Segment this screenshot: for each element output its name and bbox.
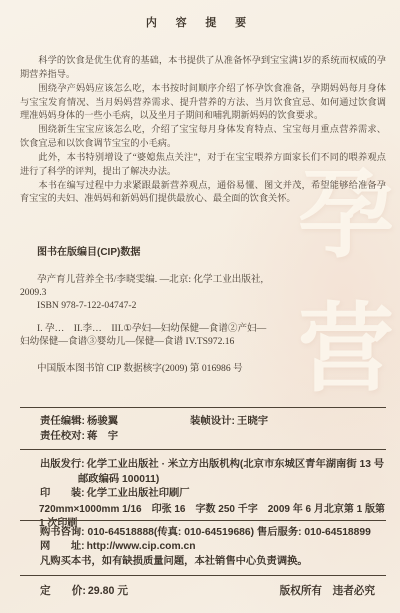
divider-rule-2 bbox=[20, 449, 386, 450]
cip-class-line-2: 妇幼保健—食谱③婴幼儿—保健—食谱 IV.TS972.16 bbox=[20, 335, 386, 348]
cip-entry-line-2: 2009.3 bbox=[20, 286, 386, 299]
proofreader-label: 责任校对: bbox=[40, 431, 85, 442]
designer-name: 王晓宇 bbox=[237, 416, 268, 427]
price-label: 定 价: bbox=[40, 585, 86, 597]
price-row: 定 价: 29.80 元 bbox=[40, 583, 128, 598]
summary-section: 科学的饮食是优生优育的基础，本书提供了从准备怀孕到宝宝满1岁的系统而权威的孕期营… bbox=[20, 54, 386, 206]
summary-paragraph-4: 此外，本书特别增设了“婆媳焦点关注”，对于在宝宝喂养方面家长们不同的喂养观点进行… bbox=[20, 151, 386, 179]
summary-paragraph-2: 围绕孕产妈妈应该怎么吃，本书按时间顺序介绍了怀孕饮食准备，孕期妈妈每月身体与宝宝… bbox=[20, 82, 386, 124]
credits-section: 责任编辑: 杨骏翼 装帧设计: 王晓宇 责任校对: 蒋 宇 bbox=[40, 415, 386, 444]
publisher-line1: 化学工业出版社 · 米立方出版机构(北京市东城区青年湖南街 13 号 bbox=[87, 459, 384, 470]
editor-name: 杨骏翼 bbox=[87, 416, 118, 427]
publisher-label: 出版发行: bbox=[40, 459, 85, 470]
website-label: 网 址: bbox=[40, 541, 85, 552]
website-row: 网 址: http://www.cip.com.cn bbox=[40, 540, 388, 554]
cip-heading: 图书在版编目(CIP)数据 bbox=[20, 246, 386, 259]
copyright-notice: 版权所有 违者必究 bbox=[280, 583, 375, 598]
editor-credit: 责任编辑: 杨骏翼 bbox=[40, 415, 190, 430]
proofreader-name: 蒋 宇 bbox=[87, 431, 118, 442]
website-url: http://www.cip.com.cn bbox=[87, 541, 196, 552]
printing-value: 化学工业出版社印刷厂 bbox=[87, 488, 190, 499]
printing-row: 印 装: 化学工业出版社印刷厂 bbox=[20, 487, 388, 502]
printing-label: 印 装: bbox=[40, 488, 85, 499]
editor-label: 责任编辑: bbox=[40, 416, 85, 427]
designer-label: 装帧设计: bbox=[190, 416, 235, 427]
designer-credit: 装帧设计: 王晓宇 bbox=[190, 415, 268, 430]
divider-rule-4 bbox=[20, 575, 386, 576]
purchase-hotline: 购书咨询: 010-64518888(传真: 010-64519686) 售后服… bbox=[40, 526, 388, 540]
summary-paragraph-1: 科学的饮食是优生优育的基础，本书提供了从准备怀孕到宝宝满1岁的系统而权威的孕期营… bbox=[20, 54, 386, 82]
book-copyright-page: 孕 营 内 容 提 要 科学的饮食是优生优育的基础，本书提供了从准备怀孕到宝宝满… bbox=[0, 0, 400, 613]
publisher-row: 出版发行: 化学工业出版社 · 米立方出版机构(北京市东城区青年湖南街 13 号 bbox=[20, 458, 388, 473]
proofreader-credit: 责任校对: 蒋 宇 bbox=[40, 430, 118, 445]
exchange-notice: 凡购买本书，如有缺损质量问题，本社销售中心负责调换。 bbox=[40, 555, 388, 569]
cip-section: 图书在版编目(CIP)数据 孕产育儿营养全书/李晓雯编. —北京: 化学工业出版… bbox=[20, 246, 386, 375]
publisher-postcode: 邮政编码 100011) bbox=[78, 473, 388, 488]
cip-class-line-1: I. 孕… II.李… III.①孕妇—妇幼保健—食谱②产妇— bbox=[20, 322, 386, 335]
summary-paragraph-3: 围绕新生宝宝应该怎么吃，介绍了宝宝每月身体发育特点、宝宝每月重点营养需求、饮食宜… bbox=[20, 123, 386, 151]
isbn-line: ISBN 978-7-122-04747-2 bbox=[20, 299, 386, 312]
credits-row-2: 责任校对: 蒋 宇 bbox=[40, 430, 386, 445]
credits-row-1: 责任编辑: 杨骏翼 装帧设计: 王晓宇 bbox=[40, 415, 386, 430]
divider-rule-3 bbox=[20, 520, 386, 521]
footer-section: 定 价: 29.80 元 版权所有 违者必究 bbox=[40, 583, 375, 598]
contact-section: 购书咨询: 010-64518888(传真: 010-64519686) 售后服… bbox=[40, 526, 388, 569]
summary-paragraph-5: 本书在编写过程中力求紧跟最新营养观点，通俗易懂、图文并茂，希望能够给准备孕育宝宝… bbox=[20, 179, 386, 207]
page-title: 内 容 提 要 bbox=[0, 14, 400, 30]
divider-rule-1 bbox=[20, 407, 386, 408]
cip-entry-line-1: 孕产育儿营养全书/李晓雯编. —北京: 化学工业出版社, bbox=[20, 273, 386, 286]
price-value: 29.80 元 bbox=[88, 585, 128, 597]
cip-record-line: 中国版本图书馆 CIP 数据核字(2009) 第 016986 号 bbox=[20, 362, 386, 375]
